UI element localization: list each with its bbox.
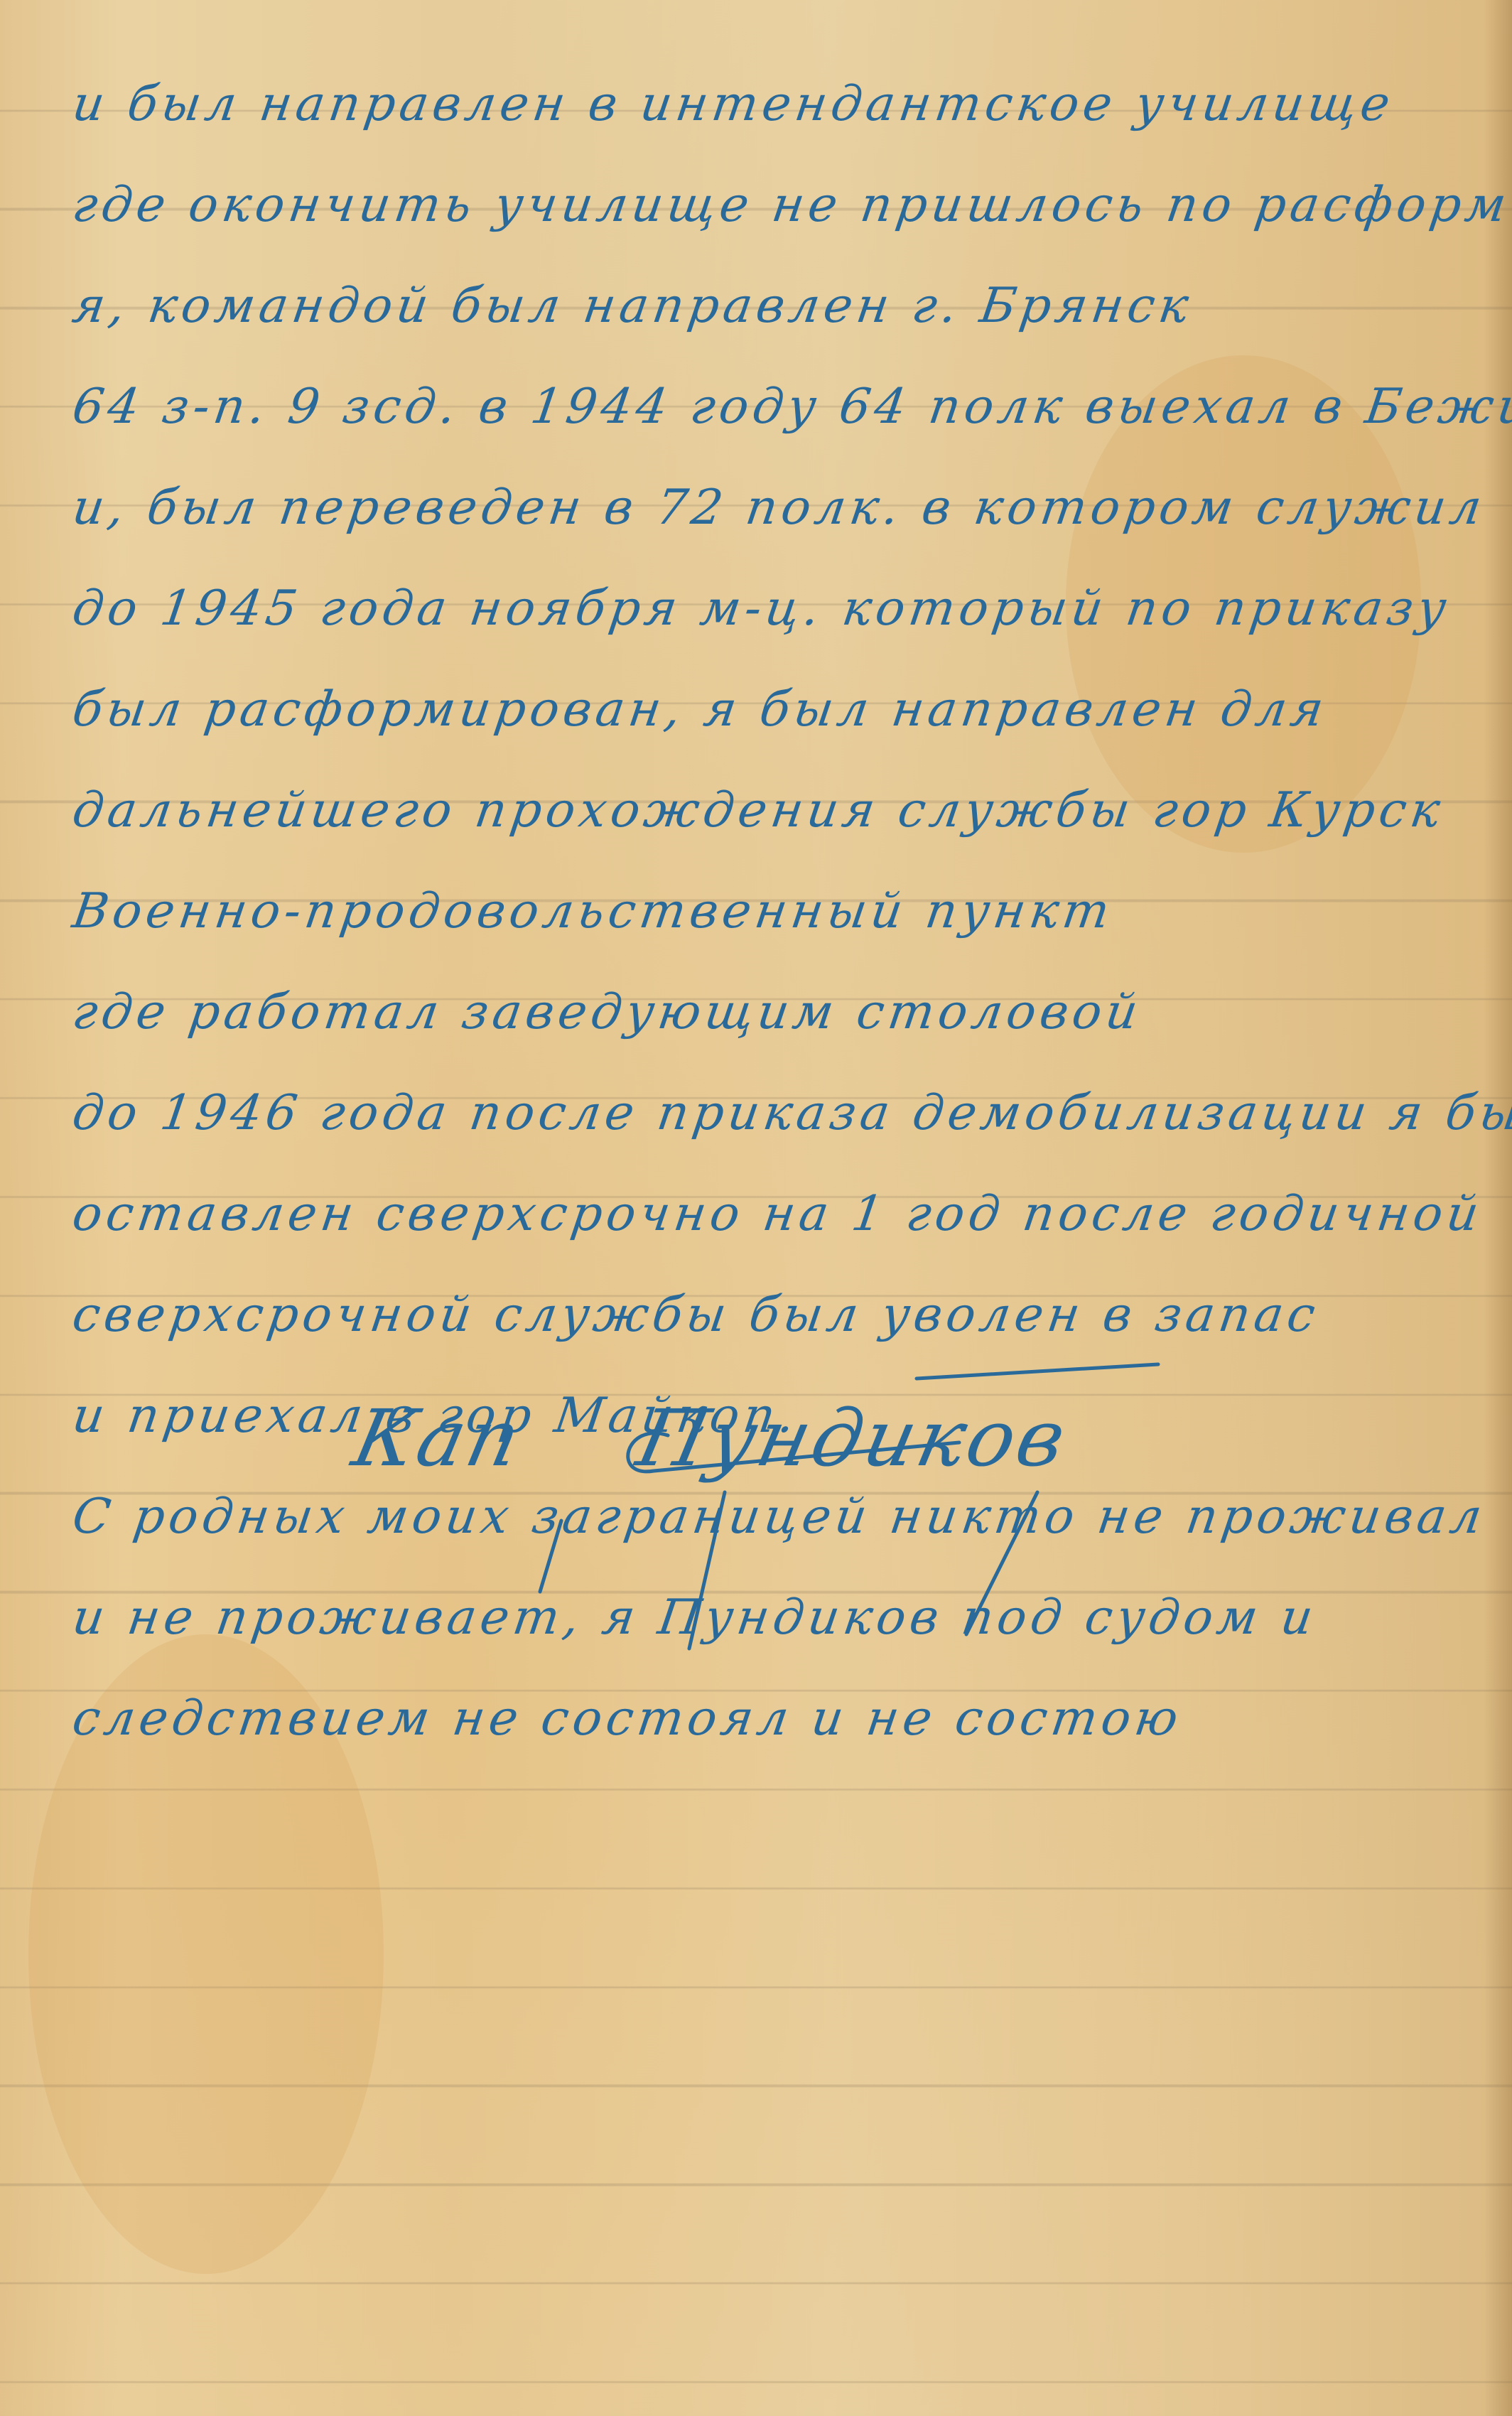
text-line: 64 з-п. 9 зсд. в 1944 году 64 полк выеха… [67,345,1503,446]
text-line: до 1946 года после приказа демобилизации… [67,1052,1503,1153]
document-page: и был направлен в интендантское училище … [0,0,1512,2416]
signature-flourish-icon [355,1336,1208,1691]
text-line: был расформирован, я был направлен для [67,648,1503,749]
text-line: до 1945 года ноября м-ц. который по прик… [67,547,1503,648]
text-line: Военно-продовольственный пункт [67,850,1503,951]
text-line: дальнейшего прохождения службы гор Курск [67,749,1503,850]
text-line: где окончить училище не пришлось по расф… [67,144,1503,244]
text-line: и был направлен в интендантское училище [67,43,1503,144]
signature-name: Пундиков [630,1393,1076,1484]
signature: Кап Пундиков [355,1336,1208,1691]
text-line: я, командой был направлен г. Брянск [67,244,1503,345]
text-line: где работал заведующим столовой [67,951,1503,1052]
text-line: оставлен сверхсрочно на 1 год после годи… [67,1153,1503,1253]
text-line: и, был переведен в 72 полк. в котором сл… [67,446,1503,547]
signature-label: Кап [345,1393,531,1484]
